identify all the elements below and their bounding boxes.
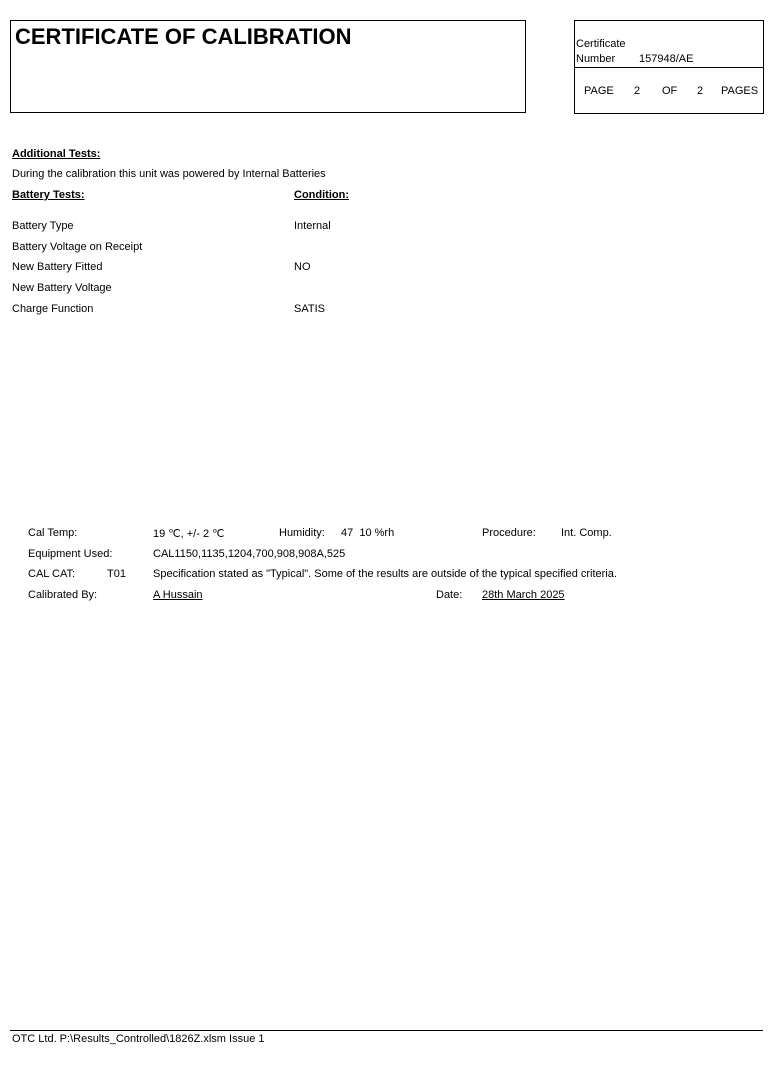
specification-note: Specification stated as "Typical". Some …	[153, 568, 617, 580]
condition-heading: Condition:	[294, 189, 349, 201]
certificate-box: Certificate Number 157948/AE PAGE 2 OF 2…	[574, 20, 763, 114]
battery-test-condition: SATIS	[294, 303, 325, 315]
certificate-label-line2: Number	[576, 53, 615, 65]
battery-test-condition: NO	[294, 261, 311, 273]
battery-test-label: Charge Function	[12, 303, 93, 315]
footer-divider	[10, 1030, 763, 1031]
additional-tests-note: During the calibration this unit was pow…	[12, 168, 326, 180]
battery-test-label: New Battery Voltage	[12, 282, 112, 294]
battery-test-condition: Internal	[294, 220, 331, 232]
battery-test-label: Battery Voltage on Receipt	[12, 241, 142, 253]
procedure-label: Procedure:	[482, 527, 536, 539]
title-box: CERTIFICATE OF CALIBRATION	[10, 20, 526, 113]
pages-label: PAGES	[721, 85, 758, 97]
date-value: 28th March 2025	[482, 589, 565, 601]
footer-text: OTC Ltd. P:\Results_Controlled\1826Z.xls…	[12, 1033, 265, 1045]
cal-temp-label: Cal Temp:	[28, 527, 77, 539]
battery-test-label: New Battery Fitted	[12, 261, 102, 273]
calibrated-by-value: A Hussain	[153, 589, 203, 601]
page-label: PAGE	[584, 85, 614, 97]
battery-tests-heading: Battery Tests:	[12, 189, 85, 201]
equipment-value: CAL1150,1135,1204,700,908,908A,525	[153, 548, 345, 560]
calibrated-by-label: Calibrated By:	[28, 589, 97, 601]
certificate-box-edge	[763, 20, 764, 114]
of-label: OF	[662, 85, 677, 97]
humidity-value: 47 10 %rh	[341, 527, 394, 539]
cal-cat-label: CAL CAT:	[28, 568, 75, 580]
certificate-label-line1: Certificate	[576, 38, 626, 50]
battery-test-label: Battery Type	[12, 220, 74, 232]
certificate-number: 157948/AE	[639, 53, 693, 65]
procedure-value: Int. Comp.	[561, 527, 612, 539]
additional-tests-heading: Additional Tests:	[12, 148, 100, 160]
certificate-divider	[575, 67, 763, 68]
cal-cat-value: T01	[107, 568, 126, 580]
date-label: Date:	[436, 589, 462, 601]
cal-temp-value: 19 ℃, +/- 2 ℃	[153, 527, 224, 540]
document-title: CERTIFICATE OF CALIBRATION	[15, 24, 352, 50]
page-current: 2	[634, 85, 640, 97]
humidity-label: Humidity:	[279, 527, 325, 539]
page-total: 2	[697, 85, 703, 97]
equipment-label: Equipment Used:	[28, 548, 112, 560]
